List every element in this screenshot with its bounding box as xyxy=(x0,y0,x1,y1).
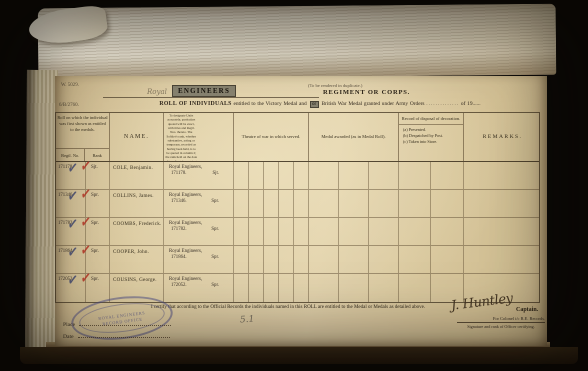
cell-regtl-no: 172052 ✓ xyxy=(56,274,86,302)
place-label: Place xyxy=(63,322,75,328)
roll-title-mid: entitled to the Victory Medal and xyxy=(233,101,306,107)
cell-empty xyxy=(369,274,399,302)
cell-regtl-no: 171864 ✓ xyxy=(56,246,86,273)
table-header: Roll on which the individual was first s… xyxy=(56,113,539,162)
unit-rank: Spr. xyxy=(211,255,219,260)
header-disposal-title: Record of disposal of decoration. xyxy=(399,113,463,125)
cell-empty xyxy=(279,246,294,273)
cell-empty xyxy=(399,218,431,245)
cell-empty xyxy=(249,190,264,217)
cell-empty xyxy=(339,190,369,217)
unit-number: 171346. xyxy=(171,199,187,204)
cell-name: COOMBS, Frederick. xyxy=(110,218,164,245)
cell-unit: Royal Engineers, 171178. Sjt. xyxy=(164,162,234,189)
name-value: COLLINS, James. xyxy=(113,193,154,199)
cell-unit: Royal Engineers, 171346. Spr. xyxy=(164,190,234,217)
cell-empty xyxy=(309,162,339,189)
cell-name: COOPER, John. xyxy=(110,246,164,273)
header-medal: Medal awarded (as in Medal Roll). xyxy=(309,113,399,161)
cell-empty xyxy=(294,218,309,245)
name-value: COUSINS, George. xyxy=(113,277,157,283)
cell-empty xyxy=(339,274,369,302)
form-number: W. 5029. xyxy=(61,83,79,88)
unit-rank: Spr. xyxy=(211,199,219,204)
cell-regtl-no: 171782 ✓ xyxy=(56,218,86,245)
unit-number: 171178. xyxy=(171,171,186,176)
cell-empty xyxy=(369,218,399,245)
cell-empty xyxy=(294,274,309,302)
cell-empty xyxy=(234,246,249,273)
header-disposal: Record of disposal of decoration. (a) Pr… xyxy=(399,113,464,161)
date-label: Date xyxy=(63,334,74,340)
book-left-page-edges xyxy=(25,70,58,351)
cell-empty xyxy=(431,246,464,273)
page-corner-curl xyxy=(27,4,109,47)
cell-empty xyxy=(399,274,431,302)
cell-empty xyxy=(369,246,399,273)
cell-remarks xyxy=(464,246,541,273)
roll-title-end: of 19...... xyxy=(461,101,481,107)
cell-empty xyxy=(234,218,249,245)
header-disposal-c: (c) Taken into Store. xyxy=(403,139,463,145)
roll-title-rest: British War Medal granted under Army Ord… xyxy=(321,101,424,107)
regiment-handwritten: Royal xyxy=(147,88,167,96)
header-instructions: To designate Units accurately, particula… xyxy=(164,113,234,161)
book-photo: W. 5029. (To be rendered in duplicate.) … xyxy=(0,0,588,371)
place-field: Place xyxy=(63,321,171,328)
regiment-name-highlight: ENGINEERS xyxy=(172,85,236,97)
cell-empty xyxy=(294,190,309,217)
cell-empty xyxy=(369,162,399,189)
cell-regtl-no: 171346 ✓ xyxy=(56,190,86,217)
unit-number-rank: 171782. Spr. xyxy=(169,226,229,232)
unit-rank: Sjt. xyxy=(212,171,219,176)
header-instructions-text: To designate Units accurately, particula… xyxy=(164,113,199,161)
cell-empty xyxy=(249,274,264,302)
regtl-no-value: 171178 xyxy=(58,165,72,170)
cell-rank: ✓ Spr. xyxy=(86,246,110,273)
cell-unit: Royal Engineers, 171782. Spr. xyxy=(164,218,234,245)
unit-number-rank: 171178. Sjt. xyxy=(169,170,229,176)
date-field: Date xyxy=(63,333,170,340)
cell-empty xyxy=(339,246,369,273)
name-value: COOPER, John. xyxy=(113,249,149,255)
cell-empty xyxy=(309,274,339,302)
unit-number-rank: 172052. Spr. xyxy=(169,282,229,288)
regtl-no-value: 172052 xyxy=(58,277,72,282)
rank-value: Spr. xyxy=(91,277,99,282)
rank-value: Sjt. xyxy=(91,165,98,170)
cell-empty xyxy=(264,190,279,217)
rank-value: Spr. xyxy=(91,221,99,226)
cell-unit: Royal Engineers, 172052. Spr. xyxy=(164,274,234,302)
cell-empty xyxy=(399,162,431,189)
cell-name: COLE, Benjamin. xyxy=(110,162,164,189)
cell-remarks xyxy=(464,190,541,217)
or-highlight: or xyxy=(310,101,319,108)
table-row: 171346 ✓ ✓ Spr. COLLINS, James. Royal En… xyxy=(56,190,539,218)
header-rank: Rank xyxy=(85,149,109,161)
header-roll-group: Roll on which the individual was first s… xyxy=(56,113,110,161)
cell-empty xyxy=(249,246,264,273)
cell-empty xyxy=(264,218,279,245)
header-roll-subrow: Regtl. No. Rank xyxy=(56,148,109,161)
cell-empty xyxy=(294,246,309,273)
table-body: 171178 ✓ ✓ Sjt. COLE, Benjamin. Royal En… xyxy=(56,162,539,302)
cell-remarks xyxy=(464,162,541,189)
cell-empty xyxy=(309,218,339,245)
cell-regtl-no: 171178 ✓ xyxy=(56,162,86,189)
book-top-page-edges xyxy=(38,4,557,80)
cell-empty xyxy=(339,218,369,245)
duplicate-note: (To be rendered in duplicate.) xyxy=(308,83,362,88)
rank-value: Spr. xyxy=(91,193,99,198)
cell-unit: Royal Engineers, 171864. Spr. xyxy=(164,246,234,273)
unit-number: 172052. xyxy=(171,283,187,288)
cell-empty xyxy=(294,162,309,189)
cell-empty xyxy=(309,246,339,273)
signature-rank: Captain. xyxy=(516,307,538,313)
medal-roll-page: W. 5029. (To be rendered in duplicate.) … xyxy=(55,76,547,346)
regtl-no-value: 171782 xyxy=(58,221,72,226)
header-disposal-options: (a) Presented. (b) Despatched by Post. (… xyxy=(399,125,463,146)
cell-empty xyxy=(431,190,464,217)
unit-number-rank: 171346. Spr. xyxy=(169,198,229,204)
cell-empty xyxy=(431,218,464,245)
medal-roll-table: Roll on which the individual was first s… xyxy=(55,112,540,303)
cell-empty xyxy=(279,218,294,245)
unit-number: 171864. xyxy=(171,255,187,260)
cell-empty xyxy=(264,274,279,302)
cell-empty xyxy=(249,162,264,189)
roll-reference: 6/B/2760. xyxy=(59,103,79,108)
cell-empty xyxy=(234,162,249,189)
roll-title: ROLL OF INDIVIDUALS entitled to the Vict… xyxy=(95,101,545,108)
cell-empty xyxy=(339,162,369,189)
rubber-stamp-text: ROYAL ENGINEERS RECORD OFFICE xyxy=(78,299,167,337)
rank-value: Spr. xyxy=(91,249,99,254)
date-blank-line xyxy=(78,333,170,338)
cell-rank: ✓ Spr. xyxy=(86,274,110,302)
table-row: 171178 ✓ ✓ Sjt. COLE, Benjamin. Royal En… xyxy=(56,162,539,190)
name-value: COLE, Benjamin. xyxy=(113,165,153,171)
regtl-no-value: 171346 xyxy=(58,193,72,198)
regiment-underline xyxy=(103,97,319,98)
table-row: 171864 ✓ ✓ Spr. COOPER, John. Royal Engi… xyxy=(56,246,539,274)
cell-empty xyxy=(431,162,464,189)
roll-title-bold: ROLL OF INDIVIDUALS xyxy=(159,101,231,107)
cell-remarks xyxy=(464,218,541,245)
header-name: NAME. xyxy=(110,113,164,161)
cell-empty xyxy=(309,190,339,217)
cell-empty xyxy=(279,190,294,217)
cell-empty xyxy=(399,246,431,273)
cell-empty xyxy=(399,190,431,217)
cell-empty xyxy=(264,246,279,273)
header-remarks: REMARKS. xyxy=(464,113,541,161)
regtl-no-value: 171864 xyxy=(58,249,72,254)
unit-rank: Spr. xyxy=(211,283,219,288)
cell-empty xyxy=(369,190,399,217)
pencil-annotation: 5.1 xyxy=(240,315,255,326)
cell-empty xyxy=(234,274,249,302)
for-colonel-note: For Colonel i/c R.E. Records. xyxy=(459,316,545,321)
book-cover-bottom xyxy=(20,347,578,364)
signature-caption: Signature and rank of Officer certifying… xyxy=(457,322,545,329)
regiment-or-corps-label: REGIMENT OR CORPS. xyxy=(323,89,410,96)
army-orders-blank: .............. xyxy=(426,101,459,107)
cell-empty xyxy=(279,274,294,302)
header-regtl-no: Regtl. No. xyxy=(56,149,85,161)
table-row: 171782 ✓ ✓ Spr. COOMBS, Frederick. Royal… xyxy=(56,218,539,246)
cell-empty xyxy=(264,162,279,189)
cell-empty xyxy=(249,218,264,245)
header-roll-group-text: Roll on which the individual was first s… xyxy=(56,113,109,148)
cell-name: COLLINS, James. xyxy=(110,190,164,217)
cell-rank: ✓ Spr. xyxy=(86,190,110,217)
place-blank-line xyxy=(79,321,171,326)
header-theatre: Theatre of war in which served. xyxy=(234,113,309,161)
cell-rank: ✓ Spr. xyxy=(86,218,110,245)
name-value: COOMBS, Frederick. xyxy=(113,221,161,227)
cell-empty xyxy=(279,162,294,189)
unit-rank: Spr. xyxy=(211,227,219,232)
unit-number-rank: 171864. Spr. xyxy=(169,254,229,260)
cell-empty xyxy=(234,190,249,217)
cell-rank: ✓ Sjt. xyxy=(86,162,110,189)
unit-number: 171782. xyxy=(171,227,187,232)
